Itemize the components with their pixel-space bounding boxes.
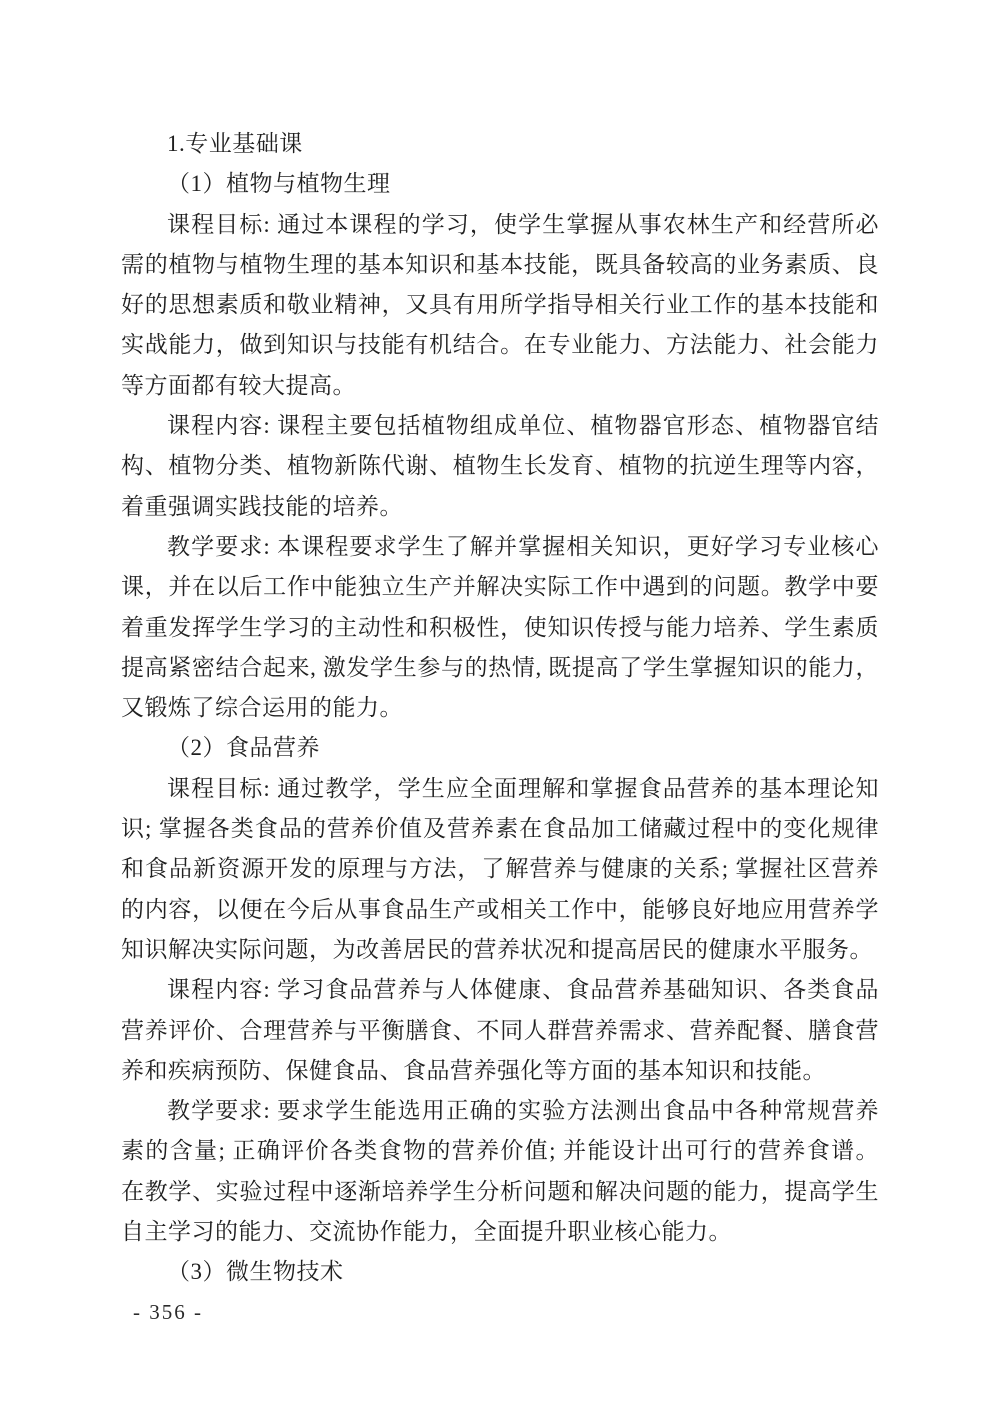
paragraph: 教学要求: 本课程要求学生了解并掌握相关知识，更好学习专业核心课，并在以后工作中… <box>121 527 879 728</box>
paragraph: 教学要求: 要求学生能选用正确的实验方法测出食品中各种常规营养素的含量; 正确评… <box>121 1091 879 1252</box>
text-line: 课程内容: 课程主要包括植物组成单位、植物器官形态、植物器官结 <box>121 406 879 446</box>
paragraph: 课程目标: 通过教学，学生应全面理解和掌握食品营养的基本理论知识; 掌握各类食品… <box>121 769 879 970</box>
text-line: 教学要求: 本课程要求学生了解并掌握相关知识，更好学习专业核心 <box>121 527 879 567</box>
text-line: 的内容，以便在今后从事食品生产或相关工作中，能够良好地应用营养学 <box>121 890 879 930</box>
text-line: 自主学习的能力、交流协作能力，全面提升职业核心能力。 <box>121 1212 879 1252</box>
text-line: 养和疾病预防、保健食品、食品营养强化等方面的基本知识和技能。 <box>121 1051 879 1091</box>
text-line: 营养评价、合理营养与平衡膳食、不同人群营养需求、营养配餐、膳食营 <box>121 1011 879 1051</box>
text-line: （2）食品营养 <box>121 728 879 768</box>
text-line: 需的植物与植物生理的基本知识和基本技能，既具备较高的业务素质、良 <box>121 245 879 285</box>
text-line: 1.专业基础课 <box>121 124 879 164</box>
text-line: 提高紧密结合起来, 激发学生参与的热情, 既提高了学生掌握知识的能力， <box>121 648 879 688</box>
text-line: 好的思想素质和敬业精神，又具有用所学指导相关行业工作的基本技能和 <box>121 285 879 325</box>
paragraph: 课程内容: 学习食品营养与人体健康、食品营养基础知识、各类食品营养评价、合理营养… <box>121 970 879 1091</box>
sub-heading: （3）微生物技术 <box>121 1252 879 1292</box>
text-line: 课，并在以后工作中能独立生产并解决实际工作中遇到的问题。教学中要 <box>121 567 879 607</box>
paragraph: 课程目标: 通过本课程的学习，使学生掌握从事农林生产和经营所必需的植物与植物生理… <box>121 205 879 406</box>
text-line: 和食品新资源开发的原理与方法，了解营养与健康的关系; 掌握社区营养 <box>121 849 879 889</box>
paragraph: 课程内容: 课程主要包括植物组成单位、植物器官形态、植物器官结构、植物分类、植物… <box>121 406 879 527</box>
text-line: 着重强调实践技能的培养。 <box>121 487 879 527</box>
document-page: 1.专业基础课（1）植物与植物生理课程目标: 通过本课程的学习，使学生掌握从事农… <box>0 0 1000 1414</box>
sub-heading: （2）食品营养 <box>121 728 879 768</box>
text-line: 课程内容: 学习食品营养与人体健康、食品营养基础知识、各类食品 <box>121 970 879 1010</box>
text-line: （1）植物与植物生理 <box>121 164 879 204</box>
sub-heading: （1）植物与植物生理 <box>121 164 879 204</box>
text-line: 识; 掌握各类食品的营养价值及营养素在食品加工储藏过程中的变化规律 <box>121 809 879 849</box>
text-line: 教学要求: 要求学生能选用正确的实验方法测出食品中各种常规营养 <box>121 1091 879 1131</box>
text-line: 又锻炼了综合运用的能力。 <box>121 688 879 728</box>
text-line: 知识解决实际问题，为改善居民的营养状况和提高居民的健康水平服务。 <box>121 930 879 970</box>
text-line: 等方面都有较大提高。 <box>121 366 879 406</box>
text-line: 课程目标: 通过本课程的学习，使学生掌握从事农林生产和经营所必 <box>121 205 879 245</box>
text-line: 素的含量; 正确评价各类食物的营养价值; 并能设计出可行的营养食谱。 <box>121 1131 879 1171</box>
document-body: 1.专业基础课（1）植物与植物生理课程目标: 通过本课程的学习，使学生掌握从事农… <box>121 124 879 1293</box>
text-line: 实战能力，做到知识与技能有机结合。在专业能力、方法能力、社会能力 <box>121 325 879 365</box>
page-number: - 356 - <box>133 1300 203 1325</box>
text-line: 在教学、实验过程中逐渐培养学生分析问题和解决问题的能力，提高学生 <box>121 1172 879 1212</box>
text-line: 构、植物分类、植物新陈代谢、植物生长发育、植物的抗逆生理等内容， <box>121 446 879 486</box>
text-line: （3）微生物技术 <box>121 1252 879 1292</box>
text-line: 着重发挥学生学习的主动性和积极性，使知识传授与能力培养、学生素质 <box>121 608 879 648</box>
numbered-heading: 1.专业基础课 <box>121 124 879 164</box>
text-line: 课程目标: 通过教学，学生应全面理解和掌握食品营养的基本理论知 <box>121 769 879 809</box>
